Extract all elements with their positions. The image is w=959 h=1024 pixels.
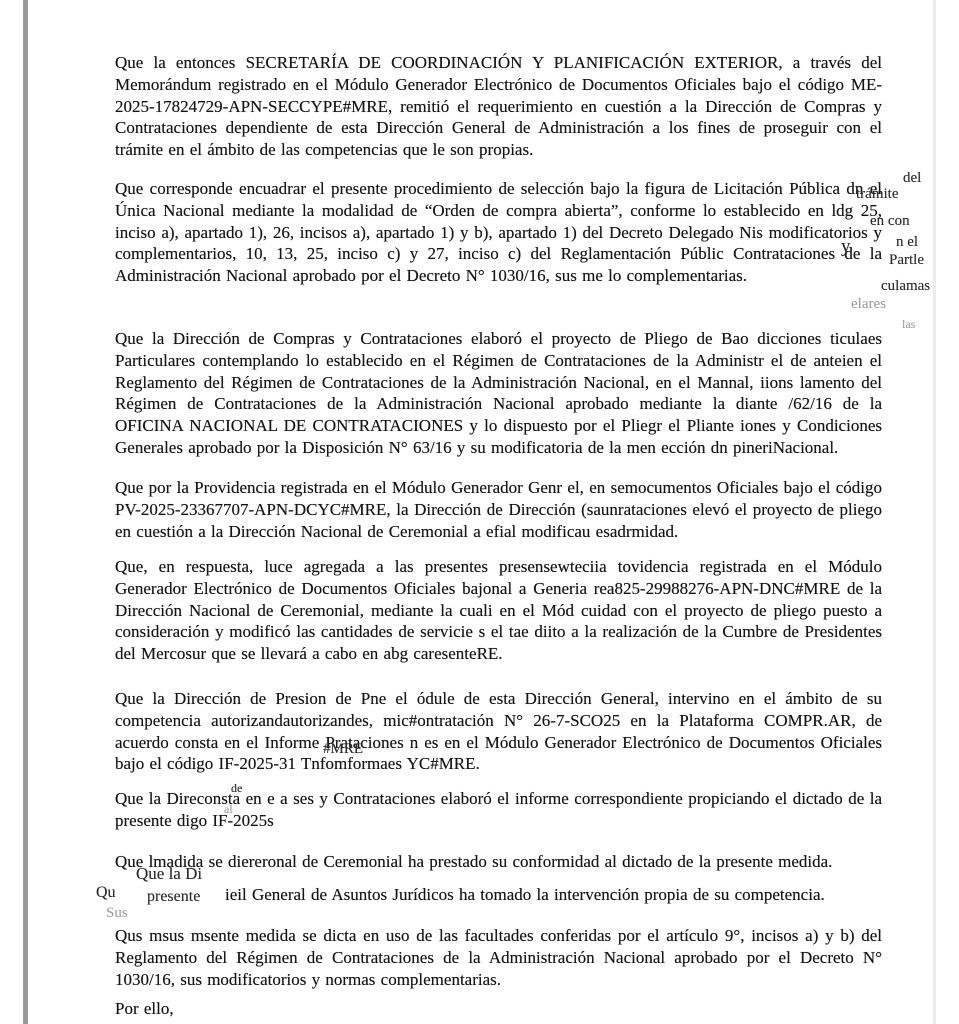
paragraph-conformidad: Que lmadida se diereronal de Ceremonial … — [115, 851, 882, 873]
overlap-fragment-al: al — [224, 801, 233, 817]
overlap-fragment-presente: presente — [147, 889, 200, 905]
right-margin-line — [933, 0, 936, 1024]
overlap-fragment-que-la-di: Que la Di — [136, 866, 202, 882]
overlap-fragment-n-el: n el — [896, 234, 918, 250]
overlap-fragment-culamas: culamas — [881, 278, 930, 294]
overlap-fragment-tramite: trámite — [856, 186, 898, 202]
paragraph-por-ello: Por ello, — [115, 998, 882, 1020]
paragraph-respuesta-ceremonial: Que, en respuesta, luce agregada a las p… — [115, 556, 882, 665]
overlap-fragment-del: del — [903, 170, 921, 186]
paragraph-pliego-bases: Que la Dirección de Compras y Contrataci… — [115, 328, 882, 459]
scanned-document-page: Que la entonces SECRETARÍA DE COORDINACI… — [0, 0, 959, 1024]
overlap-fragment-las: las — [902, 316, 915, 332]
paragraph-asuntos-juridicos: ieil General de Asuntos Jurídicos ha tom… — [225, 884, 885, 906]
paragraph-secretaria: Que la entonces SECRETARÍA DE COORDINACI… — [115, 52, 882, 161]
paragraph-compr-ar: Que la Dirección de Presion de Pne el ód… — [115, 688, 882, 775]
paragraph-facultades: Qus msus msente medida se dicta en uso d… — [115, 925, 882, 990]
overlap-fragment-y: y — [841, 239, 851, 255]
overlap-fragment-elares: elares — [851, 296, 886, 312]
overlap-fragment-en-con: en con — [870, 213, 910, 229]
overlap-fragment-qu: Qu — [96, 885, 116, 901]
overlap-fragment-de: de — [231, 780, 242, 796]
paragraph-encuadre-licitacion: Que corresponde encuadrar el presente pr… — [115, 178, 882, 287]
overlap-fragment-sus: Sus — [106, 905, 128, 921]
overlap-fragment-partle: Partle — [889, 252, 924, 268]
paragraph-providencia: Que por la Providencia registrada en el … — [115, 477, 882, 542]
left-margin-bar — [23, 0, 28, 1024]
overlap-fragment-mre: #MRE — [323, 741, 363, 757]
